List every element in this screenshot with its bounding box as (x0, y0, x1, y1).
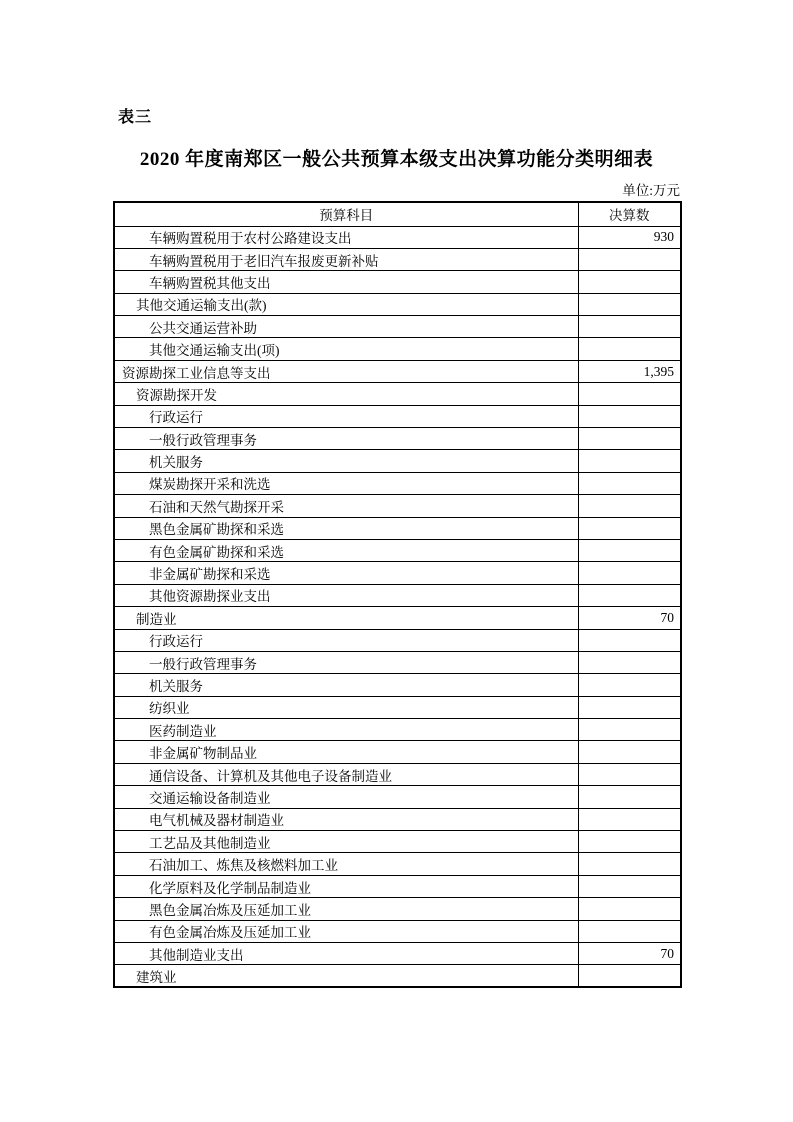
table-row: 煤炭勘探开采和洗选 (114, 472, 681, 494)
table-row: 公共交通运营补助 (114, 316, 681, 338)
budget-subject-cell: 机关服务 (114, 674, 578, 696)
budget-subject-cell: 纺织业 (114, 696, 578, 718)
header-row: 预算科目 决算数 (114, 202, 681, 226)
table-row: 医药制造业 (114, 719, 681, 741)
table-row: 电气机械及器材制造业 (114, 808, 681, 830)
budget-subject-cell: 石油和天然气勘探开采 (114, 495, 578, 517)
table-row: 一般行政管理事务 (114, 651, 681, 673)
budget-subject-cell: 非金属矿物制品业 (114, 741, 578, 763)
table-row: 非金属矿勘探和采选 (114, 562, 681, 584)
table-row: 行政运行 (114, 629, 681, 651)
table-row: 其他交通运输支出(款) (114, 293, 681, 315)
table-row: 其他资源勘探业支出 (114, 584, 681, 606)
amount-cell (578, 450, 681, 472)
table-row: 化学原料及化学制品制造业 (114, 875, 681, 897)
budget-subject-cell: 煤炭勘探开采和洗选 (114, 472, 578, 494)
budget-subject-cell: 电气机械及器材制造业 (114, 808, 578, 830)
table-row: 资源勘探开发 (114, 383, 681, 405)
budget-subject-cell: 行政运行 (114, 629, 578, 651)
column-header-subject: 预算科目 (114, 202, 578, 226)
table-row: 车辆购置税用于农村公路建设支出930 (114, 226, 681, 248)
table-row: 黑色金属冶炼及压延加工业 (114, 898, 681, 920)
table-row: 工艺品及其他制造业 (114, 831, 681, 853)
amount-cell (578, 719, 681, 741)
table-row: 机关服务 (114, 450, 681, 472)
table-row: 石油加工、炼焦及核燃料加工业 (114, 853, 681, 875)
table-number-label: 表三 (118, 104, 152, 127)
budget-subject-cell: 黑色金属矿勘探和采选 (114, 517, 578, 539)
budget-table: 预算科目 决算数 车辆购置税用于农村公路建设支出930车辆购置税用于老旧汽车报废… (113, 201, 682, 988)
budget-table-body: 车辆购置税用于农村公路建设支出930车辆购置税用于老旧汽车报废更新补贴车辆购置税… (114, 226, 681, 987)
budget-subject-cell: 建筑业 (114, 965, 578, 987)
amount-cell (578, 808, 681, 830)
amount-cell (578, 875, 681, 897)
amount-cell (578, 584, 681, 606)
budget-subject-cell: 公共交通运营补助 (114, 316, 578, 338)
amount-cell (578, 562, 681, 584)
amount-cell (578, 472, 681, 494)
table-row: 有色金属矿勘探和采选 (114, 539, 681, 561)
amount-cell (578, 495, 681, 517)
budget-subject-cell: 一般行政管理事务 (114, 428, 578, 450)
table-row: 车辆购置税用于老旧汽车报废更新补贴 (114, 248, 681, 270)
table-row: 行政运行 (114, 405, 681, 427)
amount-cell (578, 651, 681, 673)
budget-subject-cell: 工艺品及其他制造业 (114, 831, 578, 853)
amount-cell (578, 428, 681, 450)
amount-cell (578, 248, 681, 270)
table-row: 机关服务 (114, 674, 681, 696)
budget-subject-cell: 石油加工、炼焦及核燃料加工业 (114, 853, 578, 875)
amount-cell (578, 405, 681, 427)
table-row: 黑色金属矿勘探和采选 (114, 517, 681, 539)
table-row: 车辆购置税其他支出 (114, 271, 681, 293)
amount-cell (578, 338, 681, 360)
budget-subject-cell: 车辆购置税其他支出 (114, 271, 578, 293)
amount-cell: 70 (578, 943, 681, 965)
page-title: 2020 年度南郑区一般公共预算本级支出决算功能分类明细表 (100, 144, 693, 171)
table-row: 交通运输设备制造业 (114, 786, 681, 808)
table-row: 一般行政管理事务 (114, 428, 681, 450)
table-row: 非金属矿物制品业 (114, 741, 681, 763)
table-row: 建筑业 (114, 965, 681, 987)
amount-cell (578, 674, 681, 696)
table-row: 其他交通运输支出(项) (114, 338, 681, 360)
document-page: 表三 2020 年度南郑区一般公共预算本级支出决算功能分类明细表 单位:万元 预… (0, 0, 793, 1122)
budget-subject-cell: 资源勘探开发 (114, 383, 578, 405)
amount-cell (578, 271, 681, 293)
table-row: 其他制造业支出70 (114, 943, 681, 965)
budget-subject-cell: 制造业 (114, 607, 578, 629)
table-row: 石油和天然气勘探开采 (114, 495, 681, 517)
amount-cell (578, 763, 681, 785)
budget-subject-cell: 车辆购置税用于老旧汽车报废更新补贴 (114, 248, 578, 270)
amount-cell (578, 898, 681, 920)
budget-subject-cell: 车辆购置税用于农村公路建设支出 (114, 226, 578, 248)
amount-cell (578, 831, 681, 853)
budget-subject-cell: 有色金属矿勘探和采选 (114, 539, 578, 561)
amount-cell: 1,395 (578, 360, 681, 382)
amount-cell (578, 696, 681, 718)
budget-subject-cell: 其他资源勘探业支出 (114, 584, 578, 606)
amount-cell (578, 853, 681, 875)
amount-cell (578, 293, 681, 315)
table-row: 有色金属冶炼及压延加工业 (114, 920, 681, 942)
budget-subject-cell: 非金属矿勘探和采选 (114, 562, 578, 584)
budget-subject-cell: 其他交通运输支出(项) (114, 338, 578, 360)
amount-cell (578, 920, 681, 942)
amount-cell (578, 629, 681, 651)
budget-subject-cell: 通信设备、计算机及其他电子设备制造业 (114, 763, 578, 785)
budget-subject-cell: 交通运输设备制造业 (114, 786, 578, 808)
amount-cell (578, 965, 681, 987)
table-row: 通信设备、计算机及其他电子设备制造业 (114, 763, 681, 785)
amount-cell: 70 (578, 607, 681, 629)
budget-subject-cell: 医药制造业 (114, 719, 578, 741)
amount-cell: 930 (578, 226, 681, 248)
budget-subject-cell: 化学原料及化学制品制造业 (114, 875, 578, 897)
budget-subject-cell: 其他交通运输支出(款) (114, 293, 578, 315)
amount-cell (578, 316, 681, 338)
amount-cell (578, 741, 681, 763)
budget-subject-cell: 机关服务 (114, 450, 578, 472)
amount-cell (578, 383, 681, 405)
table-row: 资源勘探工业信息等支出1,395 (114, 360, 681, 382)
budget-subject-cell: 有色金属冶炼及压延加工业 (114, 920, 578, 942)
budget-subject-cell: 资源勘探工业信息等支出 (114, 360, 578, 382)
budget-subject-cell: 行政运行 (114, 405, 578, 427)
amount-cell (578, 517, 681, 539)
amount-cell (578, 786, 681, 808)
table-row: 制造业70 (114, 607, 681, 629)
amount-cell (578, 539, 681, 561)
column-header-amount: 决算数 (578, 202, 681, 226)
budget-subject-cell: 一般行政管理事务 (114, 651, 578, 673)
unit-label: 单位:万元 (622, 179, 680, 199)
budget-subject-cell: 其他制造业支出 (114, 943, 578, 965)
table-row: 纺织业 (114, 696, 681, 718)
budget-subject-cell: 黑色金属冶炼及压延加工业 (114, 898, 578, 920)
budget-table-header: 预算科目 决算数 (114, 202, 681, 226)
